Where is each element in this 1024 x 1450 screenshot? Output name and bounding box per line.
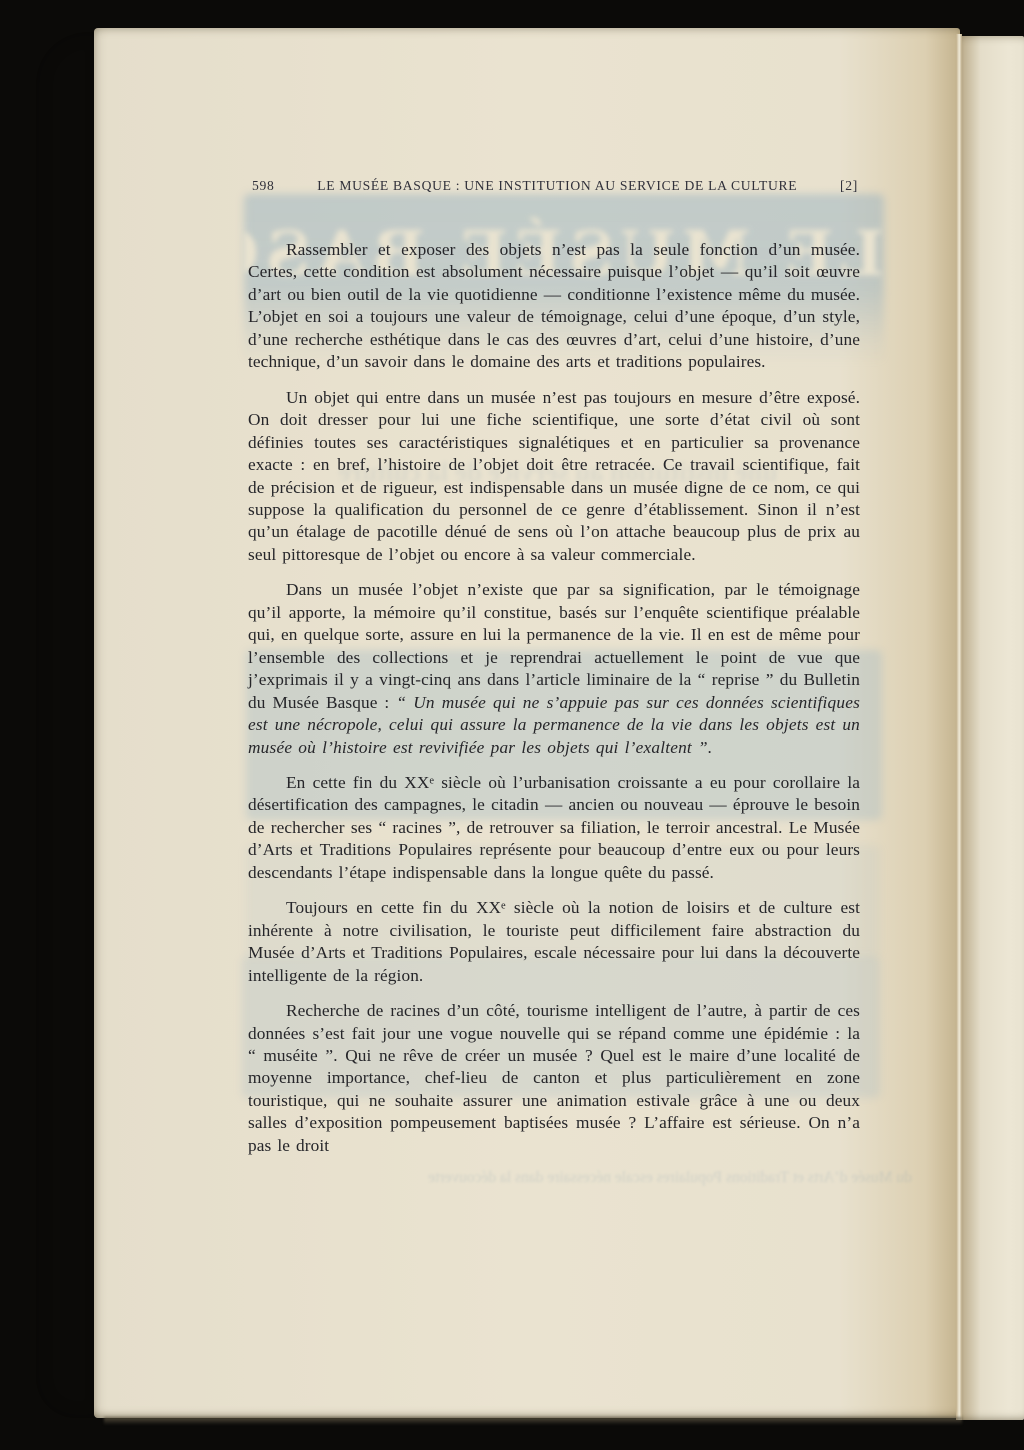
- verso-show-through-text-low: du Musée d’Arts et Traditions Populaires…: [420, 1168, 920, 1188]
- paragraph-text: Rassembler et exposer des objets n’est p…: [248, 240, 860, 371]
- paragraph-1: Rassembler et exposer des objets n’est p…: [248, 239, 860, 374]
- section-marker: [2]: [840, 178, 860, 194]
- paragraph-text: Un objet qui entre dans un musée n’est p…: [248, 388, 860, 564]
- paragraph-6: Recherche de racines d’un côté, tourisme…: [248, 1000, 860, 1157]
- paragraph-2: Un objet qui entre dans un musée n’est p…: [248, 387, 860, 567]
- paragraph-5: Toujours en cette fin du XXᵉ siècle où l…: [248, 897, 860, 987]
- page-bottom-shadow: [104, 1417, 962, 1425]
- paragraph-text: Toujours en cette fin du XXᵉ siècle où l…: [248, 898, 860, 984]
- page-content: 598 LE MUSÉE BASQUE : UNE INSTITUTION AU…: [248, 178, 860, 1170]
- paragraph-3: Dans un musée l’objet n’existe que par s…: [248, 579, 860, 759]
- book-scan: LE MUSÉE BASQUE une institution au servi…: [0, 0, 1024, 1450]
- paragraph-4: En cette fin du XXᵉ siècle où l’urbanisa…: [248, 772, 860, 884]
- running-title: LE MUSÉE BASQUE : UNE INSTITUTION AU SER…: [275, 178, 841, 194]
- page-stack-fore-edge: [36, 32, 102, 1418]
- paragraph-text: Recherche de racines d’un côté, tourisme…: [248, 1001, 860, 1155]
- running-header: 598 LE MUSÉE BASQUE : UNE INSTITUTION AU…: [248, 178, 860, 194]
- page-number: 598: [248, 178, 275, 194]
- facing-page-edge: [962, 36, 1024, 1420]
- paragraph-text: En cette fin du XXᵉ siècle où l’urbanisa…: [248, 773, 860, 882]
- book-page: LE MUSÉE BASQUE une institution au servi…: [94, 28, 960, 1418]
